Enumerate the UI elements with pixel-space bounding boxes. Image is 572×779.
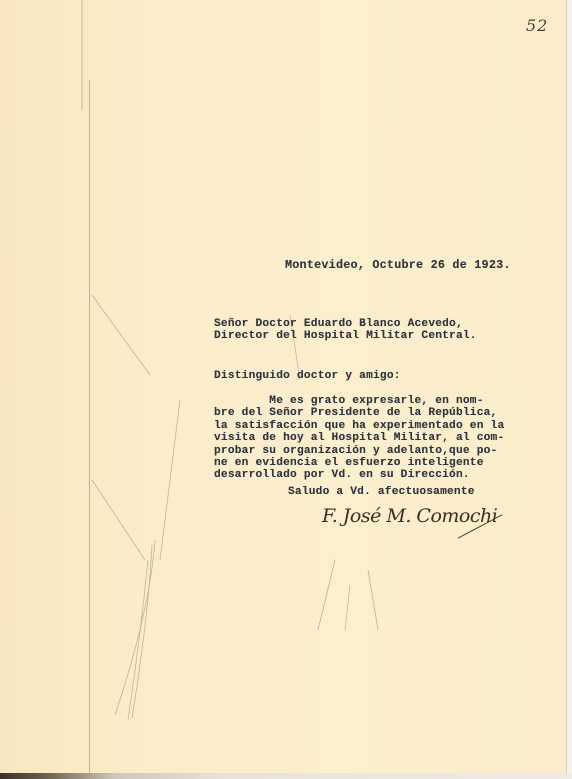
paper-right-edge bbox=[566, 0, 567, 773]
handwritten-signature: F. José M. Comochi bbox=[322, 505, 497, 527]
body-line: visita de hoy al Hospital Militar, al co… bbox=[214, 432, 504, 444]
addressee-line: Señor Doctor Eduardo Blanco Acevedo, bbox=[214, 318, 477, 330]
body-line: desarrollado por Vd. en su Dirección. bbox=[214, 469, 504, 481]
addressee-block: Señor Doctor Eduardo Blanco Acevedo,Dire… bbox=[214, 318, 477, 343]
letter-body: Me es grato expresarle, en nom-bre del S… bbox=[214, 395, 504, 482]
body-line: ne en evidencia el esfuerzo inteligente bbox=[214, 457, 504, 469]
date-line: Montevideo, Octubre 26 de 1923. bbox=[285, 259, 511, 271]
page-number: 52 bbox=[526, 16, 548, 35]
closing-line: Saludo a Vd. afectuosamente bbox=[288, 486, 475, 498]
scanned-letter-page bbox=[0, 0, 567, 773]
body-line: Me es grato expresarle, en nom- bbox=[214, 395, 504, 407]
body-line: la satisfacción que ha experimentado en … bbox=[214, 420, 504, 432]
margin-pencil-line bbox=[89, 80, 90, 773]
body-line: bre del Señor Presidente de la República… bbox=[214, 407, 504, 419]
addressee-line: Director del Hospital Militar Central. bbox=[214, 330, 477, 342]
salutation: Distinguido doctor y amigo: bbox=[214, 370, 401, 382]
paper-crease bbox=[81, 0, 83, 110]
body-line: probar su organización y adelanto,que po… bbox=[214, 445, 504, 457]
scan-bottom-edge bbox=[0, 773, 572, 779]
